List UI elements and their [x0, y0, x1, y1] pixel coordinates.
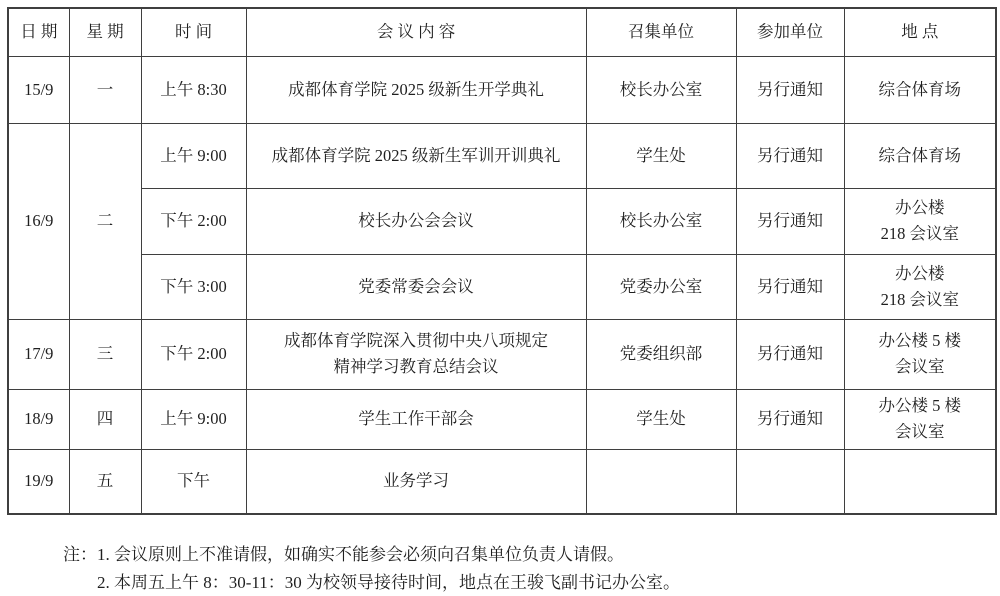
note-line-2: 2. 本周五上午 8：30-11：30 为校领导接待时间，地点在王骏飞副书记办公…	[63, 569, 680, 596]
weekly-meeting-schedule: 日 期 星 期 时 间 会 议 内 容 召集单位 参加单位 地 点 15/9 一…	[7, 7, 997, 515]
location-line: 办公楼 5 楼	[849, 393, 992, 419]
column-header-week: 星 期	[69, 8, 141, 56]
cell-time: 下午 2:00	[141, 319, 246, 389]
cell-date: 19/9	[8, 449, 69, 514]
content-line: 精神学习教育总结会议	[251, 354, 582, 380]
cell-time: 下午 3:00	[141, 254, 246, 319]
cell-date: 17/9	[8, 319, 69, 389]
cell-participants: 另行通知	[736, 56, 844, 123]
cell-date: 15/9	[8, 56, 69, 123]
content-line: 成都体育学院深入贯彻中央八项规定	[251, 328, 582, 354]
cell-time: 上午 9:00	[141, 389, 246, 449]
location-line: 会议室	[849, 419, 992, 445]
cell-week: 四	[69, 389, 141, 449]
location-line: 218 会议室	[849, 287, 992, 313]
cell-convener: 学生处	[586, 123, 736, 188]
table-row: 下午 3:00 党委常委会会议 党委办公室 另行通知 办公楼 218 会议室	[8, 254, 996, 319]
table-row: 17/9 三 下午 2:00 成都体育学院深入贯彻中央八项规定 精神学习教育总结…	[8, 319, 996, 389]
cell-location: 办公楼 5 楼 会议室	[844, 319, 996, 389]
column-header-time: 时 间	[141, 8, 246, 56]
cell-participants	[736, 449, 844, 514]
cell-content: 党委常委会会议	[246, 254, 586, 319]
cell-convener	[586, 449, 736, 514]
cell-convener: 党委办公室	[586, 254, 736, 319]
schedule-table: 日 期 星 期 时 间 会 议 内 容 召集单位 参加单位 地 点 15/9 一…	[7, 7, 997, 515]
footnotes: 注：1. 会议原则上不准请假，如确实不能参会必须向召集单位负责人请假。 2. 本…	[63, 541, 680, 596]
table-row: 15/9 一 上午 8:30 成都体育学院 2025 级新生开学典礼 校长办公室…	[8, 56, 996, 123]
cell-convener: 党委组织部	[586, 319, 736, 389]
cell-location: 综合体育场	[844, 56, 996, 123]
table-row: 19/9 五 下午 业务学习	[8, 449, 996, 514]
cell-participants: 另行通知	[736, 319, 844, 389]
table-row: 16/9 二 上午 9:00 成都体育学院 2025 级新生军训开训典礼 学生处…	[8, 123, 996, 188]
cell-week: 五	[69, 449, 141, 514]
cell-content: 成都体育学院 2025 级新生开学典礼	[246, 56, 586, 123]
cell-content: 业务学习	[246, 449, 586, 514]
cell-week: 一	[69, 56, 141, 123]
cell-location: 办公楼 5 楼 会议室	[844, 389, 996, 449]
cell-convener: 校长办公室	[586, 188, 736, 254]
table-row: 18/9 四 上午 9:00 学生工作干部会 学生处 另行通知 办公楼 5 楼 …	[8, 389, 996, 449]
cell-date: 16/9	[8, 123, 69, 319]
cell-participants: 另行通知	[736, 188, 844, 254]
column-header-convener: 召集单位	[586, 8, 736, 56]
note-line-1: 注：1. 会议原则上不准请假，如确实不能参会必须向召集单位负责人请假。	[63, 541, 680, 569]
cell-week: 三	[69, 319, 141, 389]
cell-time: 下午	[141, 449, 246, 514]
header-row: 日 期 星 期 时 间 会 议 内 容 召集单位 参加单位 地 点	[8, 8, 996, 56]
cell-participants: 另行通知	[736, 254, 844, 319]
location-line: 办公楼 5 楼	[849, 328, 992, 354]
table-row: 下午 2:00 校长办公会会议 校长办公室 另行通知 办公楼 218 会议室	[8, 188, 996, 254]
cell-location: 综合体育场	[844, 123, 996, 188]
cell-participants: 另行通知	[736, 389, 844, 449]
location-line: 办公楼	[849, 261, 992, 287]
cell-time: 上午 8:30	[141, 56, 246, 123]
location-line: 办公楼	[849, 195, 992, 221]
cell-content: 成都体育学院 2025 级新生军训开训典礼	[246, 123, 586, 188]
column-header-date: 日 期	[8, 8, 69, 56]
cell-location: 办公楼 218 会议室	[844, 188, 996, 254]
cell-participants: 另行通知	[736, 123, 844, 188]
cell-convener: 校长办公室	[586, 56, 736, 123]
cell-time: 上午 9:00	[141, 123, 246, 188]
cell-content: 校长办公会会议	[246, 188, 586, 254]
location-line: 218 会议室	[849, 221, 992, 247]
location-line: 会议室	[849, 354, 992, 380]
column-header-content: 会 议 内 容	[246, 8, 586, 56]
column-header-location: 地 点	[844, 8, 996, 56]
cell-week: 二	[69, 123, 141, 319]
cell-location: 办公楼 218 会议室	[844, 254, 996, 319]
cell-content: 成都体育学院深入贯彻中央八项规定 精神学习教育总结会议	[246, 319, 586, 389]
cell-location	[844, 449, 996, 514]
cell-time: 下午 2:00	[141, 188, 246, 254]
cell-convener: 学生处	[586, 389, 736, 449]
cell-content: 学生工作干部会	[246, 389, 586, 449]
cell-date: 18/9	[8, 389, 69, 449]
column-header-participants: 参加单位	[736, 8, 844, 56]
